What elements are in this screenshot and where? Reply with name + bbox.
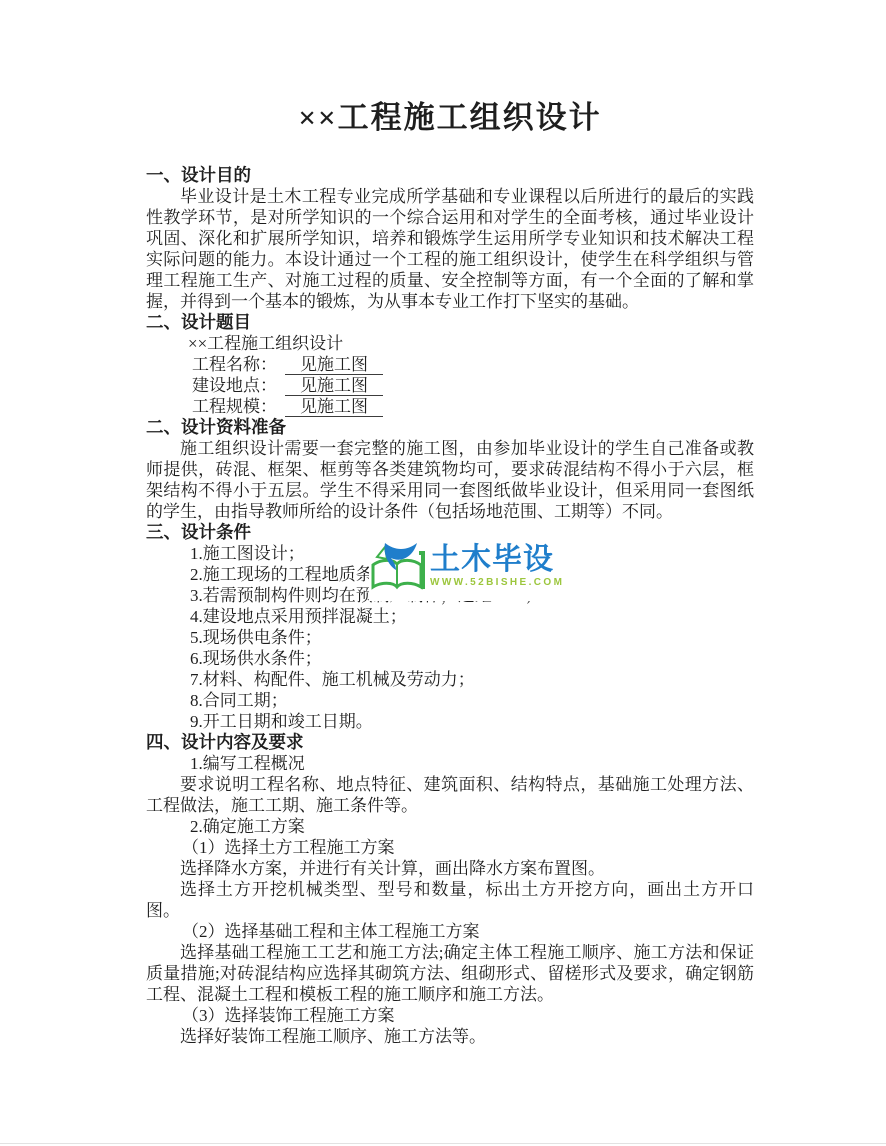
list-item: 4.建设地点采用预拌混凝土； xyxy=(190,606,754,627)
sub-item: （3）选择装饰工程施工方案 xyxy=(182,1005,754,1026)
list-item: 7.材料、构配件、施工机械及劳动力； xyxy=(190,669,754,690)
heading-design-content-requirements: 四、设计内容及要求 xyxy=(146,732,754,753)
heading-material-preparation: 二、设计资料准备 xyxy=(146,417,754,438)
heading-design-topic: 二、设计题目 xyxy=(146,312,754,333)
field-project-scale: 工程规模：见施工图 xyxy=(192,396,754,417)
paragraph-design-purpose: 毕业设计是土木工程专业完成所学基础和专业课程以后所进行的最后的实践性教学环节，是… xyxy=(146,186,754,312)
field-construction-site: 建设地点：见施工图 xyxy=(192,375,754,396)
watermark-logo: 土木毕设 WWW.52BISHE.COM xyxy=(369,539,597,601)
field-label: 工程规模： xyxy=(192,397,277,416)
sub-item: （1）选择土方工程施工方案 xyxy=(182,837,754,858)
watermark-brand-name: 土木毕设 xyxy=(430,543,564,577)
list-item: 8.合同工期； xyxy=(190,690,754,711)
field-value-underlined: 见施工图 xyxy=(285,356,383,375)
paragraph: 选择基础工程施工工艺和施工方法;确定主体工程施工顺序、施工方法和保证质量措施;对… xyxy=(146,942,754,1005)
watermark-text: 土木毕设 WWW.52BISHE.COM xyxy=(430,539,564,589)
paragraph-material-preparation: 施工组织设计需要一套完整的施工图，由参加毕业设计的学生自己准备或教师提供，砖混、… xyxy=(146,438,754,522)
sub-item: （2）选择基础工程和主体工程施工方案 xyxy=(182,921,754,942)
list-item: 1.编写工程概况 xyxy=(190,753,754,774)
page-title: ××工程施工组织设计 xyxy=(146,98,754,138)
paragraph: 选择土方开挖机械类型、型号和数量，标出土方开挖方向，画出土方开口图。 xyxy=(146,879,754,921)
open-book-bird-icon xyxy=(369,539,425,597)
paragraph: 要求说明工程名称、地点特征、建筑面积、结构特点，基础施工处理方法、工程做法，施工… xyxy=(146,774,754,816)
paragraph: 选择降水方案，并进行有关计算，画出降水方案布置图。 xyxy=(146,858,754,879)
list-item: 9.开工日期和竣工日期。 xyxy=(190,711,754,732)
list-item: 6.现场供水条件； xyxy=(190,648,754,669)
field-value-underlined: 见施工图 xyxy=(285,398,383,417)
paragraph: 选择好装饰工程施工顺序、施工方法等。 xyxy=(146,1026,754,1047)
scan-edge-line xyxy=(0,1143,886,1144)
design-topic-subtitle: ××工程施工组织设计 xyxy=(188,333,754,354)
heading-design-purpose: 一、设计目的 xyxy=(146,165,754,186)
list-item: 5.现场供电条件； xyxy=(190,627,754,648)
watermark-site-url: WWW.52BISHE.COM xyxy=(430,577,564,589)
field-project-name: 工程名称：见施工图 xyxy=(192,354,754,375)
field-label: 建设地点： xyxy=(192,376,277,395)
field-label: 工程名称： xyxy=(192,355,277,374)
field-value-underlined: 见施工图 xyxy=(285,377,383,396)
list-item: 2.确定施工方案 xyxy=(190,816,754,837)
